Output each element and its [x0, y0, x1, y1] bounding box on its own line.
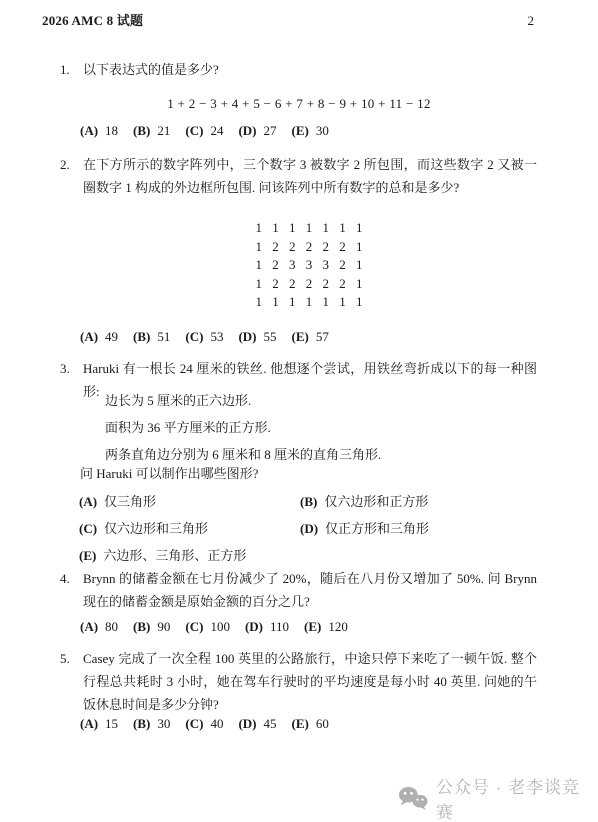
option-value: 80	[105, 619, 118, 634]
option-label: (C)	[185, 716, 203, 731]
option-label: (D)	[245, 619, 263, 634]
option-label: (B)	[133, 619, 150, 634]
question-text: 以下表达式的值是多少?	[83, 58, 537, 81]
option-value: 120	[328, 619, 348, 634]
option-value: 49	[105, 329, 118, 344]
math-expression: 1 + 2 − 3 + 4 + 5 − 6 + 7 + 8 − 9 + 10 +…	[0, 92, 598, 115]
option-value: 40	[210, 716, 223, 731]
option-e: (E)30	[291, 119, 328, 142]
sub-item: 边长为 5 厘米的正六边形.	[105, 387, 381, 414]
option-b: (B)90	[133, 615, 170, 638]
option-b: (B)51	[133, 325, 170, 348]
document-title: 2026 AMC 8 试题	[42, 13, 143, 29]
option-label: (C)	[185, 123, 203, 138]
array-row: 1 2 3 3 3 2 1	[10, 256, 598, 275]
array-row: 1 1 1 1 1 1 1	[10, 219, 598, 238]
option-label: (A)	[80, 716, 98, 731]
option-c: (C)53	[185, 325, 223, 348]
option-label: (C)	[79, 521, 97, 536]
question-text: Casey 完成了一次全程 100 英里的公路旅行，中途只停下来吃了一顿午饭. …	[83, 647, 537, 716]
option-value: 仅正方形和三角形	[325, 521, 429, 536]
option-c: (C)40	[185, 712, 223, 735]
option-label: (E)	[291, 329, 308, 344]
option-label: (E)	[304, 619, 321, 634]
option-a: (A)18	[80, 119, 118, 142]
option-label: (E)	[291, 123, 308, 138]
option-value: 15	[105, 716, 118, 731]
option-value: 51	[157, 329, 170, 344]
option-e: (E)六边形、三角形、正方形	[79, 542, 300, 569]
watermark-text: 公众号 · 老李谈竞赛	[436, 773, 598, 822]
option-label: (C)	[185, 619, 203, 634]
option-d: (D)110	[245, 615, 289, 638]
question-number: 4.	[60, 567, 83, 613]
option-label: (E)	[291, 716, 308, 731]
option-label: (B)	[300, 494, 317, 509]
option-label: (B)	[133, 123, 150, 138]
option-value: 18	[105, 123, 118, 138]
option-label: (D)	[238, 716, 256, 731]
option-label: (A)	[79, 494, 97, 509]
question-5: 5. Casey 完成了一次全程 100 英里的公路旅行，中途只停下来吃了一顿午…	[60, 647, 537, 716]
option-label: (E)	[79, 548, 96, 563]
option-b: (B)30	[133, 712, 170, 735]
sub-item: 面积为 36 平方厘米的正方形.	[105, 414, 381, 441]
question-4: 4. Brynn 的储蓄金额在七月份减少了 20%，随后在八月份又增加了 50%…	[60, 567, 537, 613]
option-label: (D)	[300, 521, 318, 536]
exam-page: 2026 AMC 8 试题 2 1. 以下表达式的值是多少? 1 + 2 − 3…	[0, 0, 598, 822]
option-value: 27	[263, 123, 276, 138]
number-array: 1 1 1 1 1 1 1 1 2 2 2 2 2 1 1 2 3 3 3 2 …	[10, 219, 598, 312]
option-value: 55	[263, 329, 276, 344]
option-value: 100	[210, 619, 230, 634]
option-value: 53	[210, 329, 223, 344]
footer-watermark: 公众号 · 老李谈竞赛	[398, 784, 598, 812]
option-value: 仅六边形和三角形	[104, 521, 208, 536]
array-row: 1 1 1 1 1 1 1	[10, 293, 598, 312]
option-label: (A)	[80, 123, 98, 138]
option-e: (E)60	[291, 712, 328, 735]
option-value: 仅六边形和正方形	[324, 494, 428, 509]
option-value: 60	[316, 716, 329, 731]
question-text: Brynn 的储蓄金额在七月份减少了 20%，随后在八月份又增加了 50%. 问…	[83, 567, 537, 613]
answer-options-2: (A)49 (B)51 (C)53 (D)55 (E)57	[80, 325, 329, 348]
question-number: 3.	[60, 357, 83, 403]
page-number: 2	[528, 13, 535, 29]
option-value: 45	[263, 716, 276, 731]
option-label: (D)	[238, 329, 256, 344]
option-a: (A)49	[80, 325, 118, 348]
option-value: 110	[270, 619, 289, 634]
option-value: 24	[210, 123, 223, 138]
answer-options-4: (A)80 (B)90 (C)100 (D)110 (E)120	[80, 615, 348, 638]
option-a: (A)仅三角形	[79, 488, 300, 515]
option-d: (D)27	[238, 119, 276, 142]
option-label: (B)	[133, 329, 150, 344]
wechat-icon	[398, 785, 428, 811]
option-label: (A)	[80, 619, 98, 634]
question-number: 1.	[60, 58, 83, 81]
option-c: (C)100	[185, 615, 230, 638]
option-a: (A)80	[80, 615, 118, 638]
option-label: (C)	[185, 329, 203, 344]
option-d: (D)45	[238, 712, 276, 735]
option-label: (D)	[238, 123, 256, 138]
question-number: 5.	[60, 647, 83, 716]
option-c: (C)24	[185, 119, 223, 142]
option-value: 30	[157, 716, 170, 731]
page-header: 2026 AMC 8 试题 2	[42, 13, 534, 29]
answer-options-3: (A)仅三角形 (B)仅六边形和正方形 (C)仅六边形和三角形 (D)仅正方形和…	[79, 488, 429, 569]
question-1: 1. 以下表达式的值是多少?	[60, 58, 537, 81]
option-a: (A)15	[80, 712, 118, 735]
option-d: (D)仅正方形和三角形	[300, 515, 429, 542]
question-number: 2.	[60, 153, 83, 199]
question-2: 2. 在下方所示的数字阵列中，三个数字 3 被数字 2 所包围，而这些数字 2 …	[60, 153, 537, 199]
array-row: 1 2 2 2 2 2 1	[10, 238, 598, 257]
option-e: (E)57	[291, 325, 328, 348]
option-label: (A)	[80, 329, 98, 344]
question-text: 在下方所示的数字阵列中，三个数字 3 被数字 2 所包围，而这些数字 2 又被一…	[83, 153, 537, 199]
option-value: 仅三角形	[104, 494, 156, 509]
option-value: 90	[157, 619, 170, 634]
option-c: (C)仅六边形和三角形	[79, 515, 300, 542]
option-label: (B)	[133, 716, 150, 731]
option-value: 30	[316, 123, 329, 138]
option-d: (D)55	[238, 325, 276, 348]
option-b: (B)仅六边形和正方形	[300, 488, 429, 515]
question-sub-items: 边长为 5 厘米的正六边形. 面积为 36 平方厘米的正方形. 两条直角边分别为…	[105, 387, 381, 468]
question-followup: 问 Haruki 可以制作出哪些图形?	[80, 462, 258, 485]
option-b: (B)21	[133, 119, 170, 142]
option-e: (E)120	[304, 615, 348, 638]
answer-options-1: (A)18 (B)21 (C)24 (D)27 (E)30	[80, 119, 329, 142]
option-value: 21	[157, 123, 170, 138]
option-value: 57	[316, 329, 329, 344]
option-value: 六边形、三角形、正方形	[103, 548, 246, 563]
answer-options-5: (A)15 (B)30 (C)40 (D)45 (E)60	[80, 712, 329, 735]
array-row: 1 2 2 2 2 2 1	[10, 275, 598, 294]
